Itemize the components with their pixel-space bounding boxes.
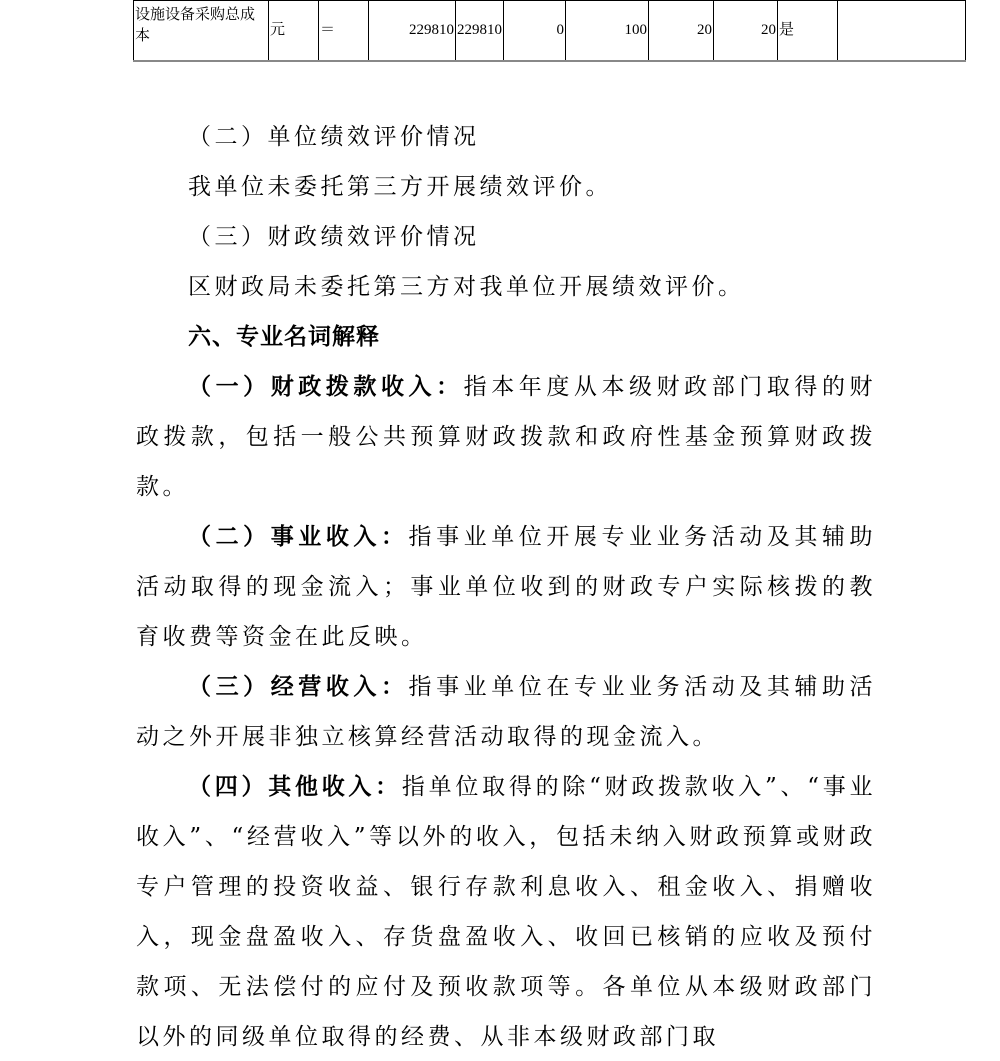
weight-cell: 20: [649, 1, 714, 62]
glossary-item-fiscal-appropriation: （一）财政拨款收入：指本年度从本级财政部门取得的财政拨款，包括一般公共预算财政拨…: [136, 362, 876, 512]
glossary-item-other-income: （四）其他收入：指单位取得的除“财政拨款收入”、“事业收入”、“经营收入”等以外…: [136, 762, 876, 1061]
glossary-term: （四）其他收入：: [188, 773, 402, 800]
target-value-cell: 229810: [369, 1, 456, 62]
glossary-heading: 六、专业名词解释: [136, 312, 876, 362]
actual-value-cell: 229810: [456, 1, 504, 62]
table-row: 设施设备采购总成本 元 ＝ 229810 229810 0 100 20 20 …: [134, 1, 966, 62]
section-body-unit-eval: 我单位未委托第三方开展绩效评价。: [136, 162, 876, 212]
glossary-term: （三）经营收入：: [188, 673, 409, 700]
glossary-definition: 指单位取得的除“财政拨款收入”、“事业收入”、“经营收入”等以外的收入，包括未纳…: [136, 774, 876, 1050]
performance-indicator-table: 设施设备采购总成本 元 ＝ 229810 229810 0 100 20 20 …: [133, 0, 966, 62]
glossary-item-operating-income: （三）经营收入：指事业单位在专业业务活动及其辅助活动之外开展非独立核算经营活动取…: [136, 662, 876, 762]
document-body: （二）单位绩效评价情况 我单位未委托第三方开展绩效评价。 （三）财政绩效评价情况…: [136, 112, 876, 1061]
achieved-cell: 是: [778, 1, 838, 62]
completion-rate-cell: 100: [566, 1, 649, 62]
glossary-term: （一）财政拨款收入：: [188, 373, 464, 400]
section-heading-fiscal-eval: （三）财政绩效评价情况: [136, 212, 876, 262]
section-heading-unit-eval: （二）单位绩效评价情况: [136, 112, 876, 162]
indicator-name-cell: 设施设备采购总成本: [134, 1, 269, 62]
unit-cell: 元: [269, 1, 319, 62]
deviation-cell: 0: [504, 1, 566, 62]
glossary-term: （二）事业收入：: [188, 523, 409, 550]
glossary-item-business-income: （二）事业收入：指事业单位开展专业业务活动及其辅助活动取得的现金流入；事业单位收…: [136, 512, 876, 662]
operator-cell: ＝: [319, 1, 369, 62]
score-cell: 20: [714, 1, 778, 62]
section-body-fiscal-eval: 区财政局未委托第三方对我单位开展绩效评价。: [136, 262, 876, 312]
remark-cell: [838, 1, 966, 62]
